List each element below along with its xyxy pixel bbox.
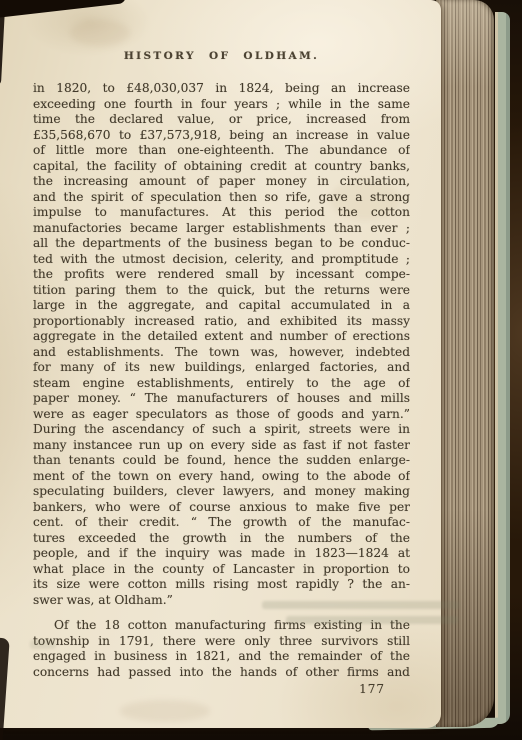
text-line: and the spirit of speculation then so ri…	[33, 190, 410, 206]
paper-stain	[70, 20, 130, 46]
text-line: cent. of their credit. “ The growth of t…	[33, 515, 410, 531]
text-line: time the declared value, or price, incre…	[33, 112, 410, 128]
text-line: the increasing amount of paper money in …	[33, 174, 410, 190]
text-line: aggregate in the detailed extent and num…	[33, 329, 410, 345]
text-line: exceeding one fourth in four years ; whi…	[33, 97, 410, 113]
text-line: proportionably increased ratio, and exhi…	[33, 314, 410, 330]
text-line: than tenants could be found, hence the s…	[33, 453, 410, 469]
text-line: paper money. “ The manufacturers of hous…	[33, 391, 410, 407]
text-line: many instancee run up on every side as f…	[33, 438, 410, 454]
text-line: of little more than one-eighteenth. The …	[33, 143, 410, 159]
text-line: tition paring them to the quick, but the…	[33, 283, 410, 299]
text-line: £35,568,670 to £37,573,918, being an inc…	[33, 128, 410, 144]
text-line: township in 1791, there were only three …	[33, 634, 410, 650]
text-line: bankers, who were of course anxious to m…	[33, 500, 410, 516]
running-header: HISTORY OF OLDHAM.	[33, 50, 410, 62]
text-line: capital, the facility of obtaining credi…	[33, 159, 410, 175]
paper-stain	[120, 700, 210, 722]
page-number: 177	[33, 682, 385, 696]
text-line: During the ascendancy of such a spirit, …	[33, 422, 410, 438]
show-through-smudge	[30, 640, 56, 649]
text-line: steam engine establishments, entirely to…	[33, 376, 410, 392]
book-page: HISTORY OF OLDHAM. in 1820, to £48,030,0…	[0, 0, 441, 728]
text-line: impulse to manufactures. At this period …	[33, 205, 410, 221]
text-line: and establishments. The town was, howeve…	[33, 345, 410, 361]
text-line: its size were cotton mills rising most r…	[33, 577, 410, 593]
text-line: tures exceeded the growth in the numbers…	[33, 531, 410, 547]
text-line: ment of the town on every hand, owing to…	[33, 469, 410, 485]
show-through-smudge	[262, 601, 460, 609]
text-line: ted with the utmost decision, celerity, …	[33, 252, 410, 268]
book-scan-root: HISTORY OF OLDHAM. in 1820, to £48,030,0…	[0, 0, 522, 740]
text-line: speculating builders, clever lawyers, an…	[33, 484, 410, 500]
text-line: large in the aggregate, and capital accu…	[33, 298, 410, 314]
text-line: concerns had passed into the hands of ot…	[33, 665, 410, 681]
cover-lining-right	[495, 12, 510, 724]
text-line: people, and if the inquiry was made in 1…	[33, 546, 410, 562]
text-line: what place in the county of Lancaster in…	[33, 562, 410, 578]
paragraph-2: Of the 18 cotton manufacturing firms exi…	[33, 618, 410, 680]
text-line: all the departments of the business bega…	[33, 236, 410, 252]
text-line: were as eager speculators as those of go…	[33, 407, 410, 423]
text-line: manufactories became larger establishmen…	[33, 221, 410, 237]
text-line: in 1820, to £48,030,037 in 1824, being a…	[33, 81, 410, 97]
paragraph-1: in 1820, to £48,030,037 in 1824, being a…	[33, 81, 410, 608]
text-block: in 1820, to £48,030,037 in 1824, being a…	[33, 81, 410, 680]
text-line: engaged in business in 1821, and the rem…	[33, 649, 410, 665]
text-line: the profits were rendered small by inces…	[33, 267, 410, 283]
text-line: for many of its new buildings, enlarged …	[33, 360, 410, 376]
show-through-smudge	[286, 616, 458, 624]
